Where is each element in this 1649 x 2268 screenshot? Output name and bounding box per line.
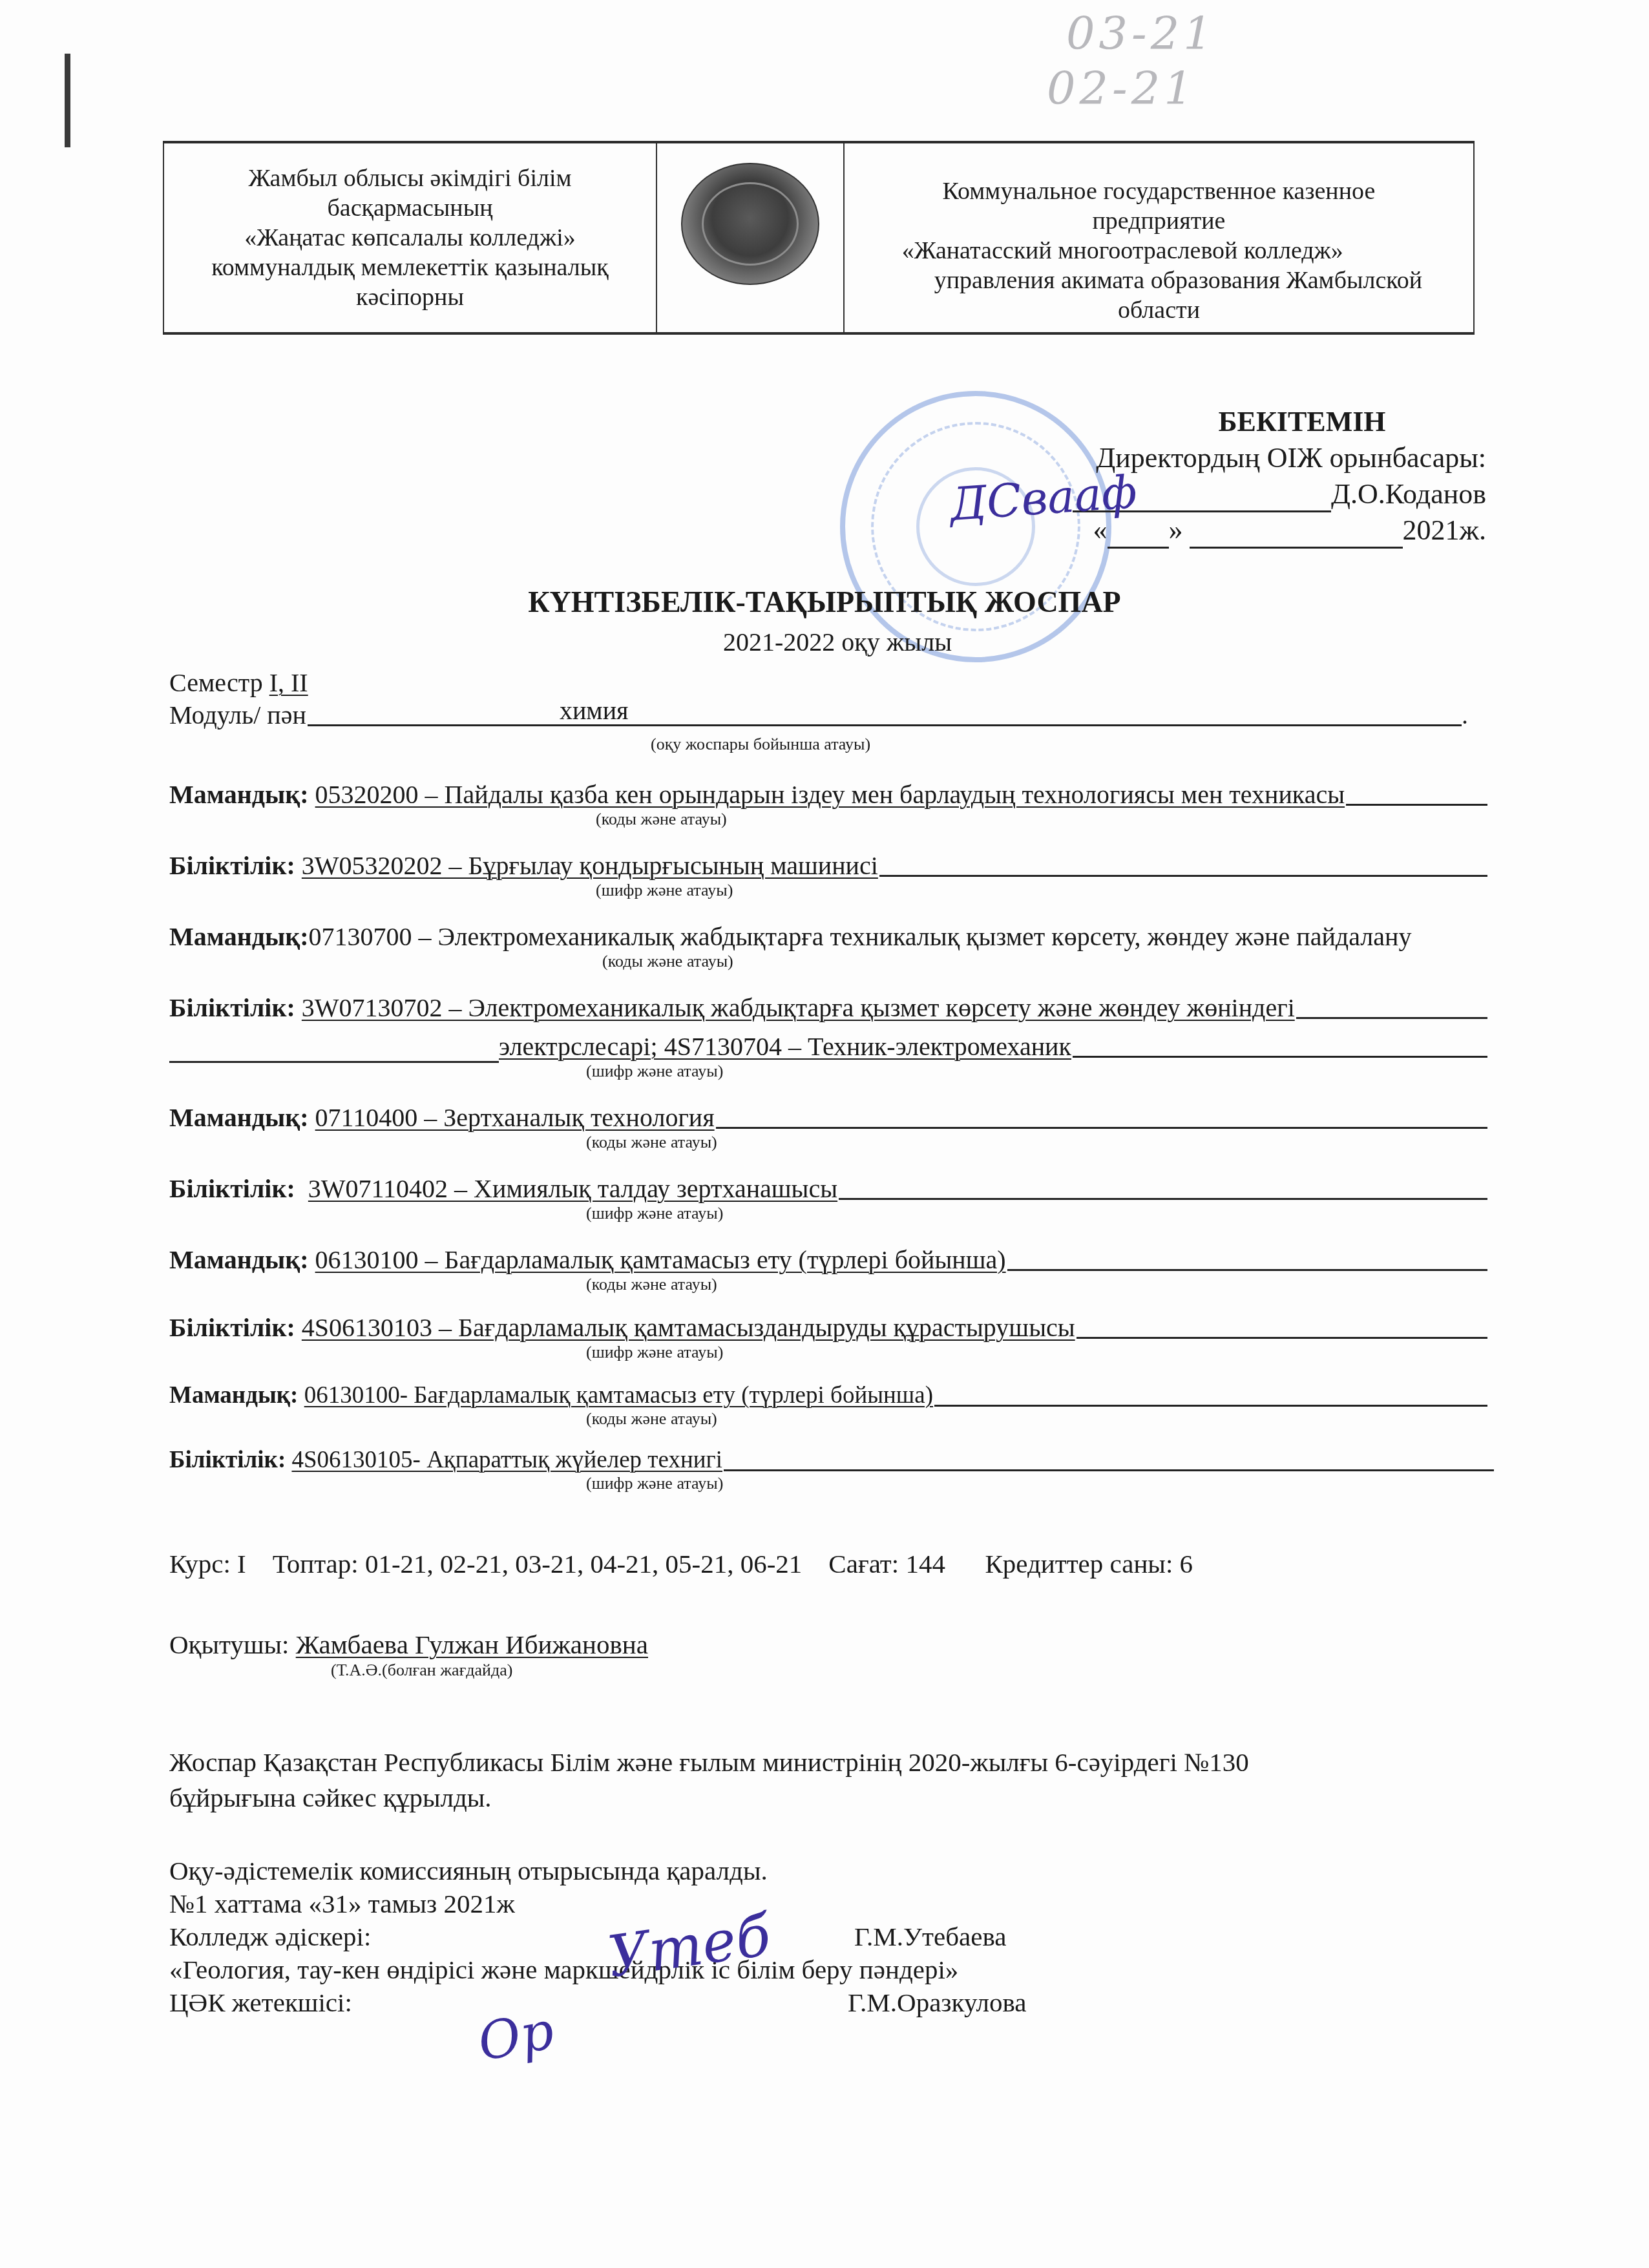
specialty-row: Мамандық: 07110400 – Зертханалық техноло…: [169, 1102, 1487, 1134]
specialty-label: Мамандық:: [169, 922, 309, 951]
legal-basis-line: Жоспар Қазақстан Республикасы Білім және…: [169, 1745, 1500, 1780]
letterhead-kazakh: Жамбыл облысы әкімдігі білім басқармасын…: [163, 143, 657, 332]
credits-value: Кредиттер саны: 6: [985, 1549, 1193, 1579]
fill-line: [716, 1127, 1487, 1129]
qualification-label: Біліктілік:: [169, 1173, 295, 1205]
letterhead-kk-line: коммуналдық мемлекеттік қазыналық: [211, 253, 609, 282]
specialty-label: Мамандық:: [169, 1244, 309, 1276]
letterhead-ru-line: Коммунальное государственное казенное: [896, 176, 1422, 206]
qualification-row: Біліктілік: 4S06130105- Ақпараттық жүйел…: [169, 1444, 1494, 1476]
field-hint: (шифр және атауы): [586, 1204, 723, 1223]
qualification-value: 4S06130105- Ақпараттық жүйелер технигі: [291, 1444, 722, 1476]
fill-line: [724, 1469, 1494, 1471]
commission-head-row: ЦӘК жетекшісі: Г.М.Оразкулова: [169, 1986, 1500, 2019]
course-value: Курс: I: [169, 1549, 246, 1579]
field-hint: (шифр және атауы): [596, 881, 733, 900]
field-hint: (шифр және атауы): [586, 1474, 723, 1493]
methodist-row: Колледж әдіскері: Г.М.Утебаева: [169, 1920, 1500, 1953]
binding-mark: [65, 54, 70, 147]
letterhead-kk-line: Жамбыл облысы әкімдігі білім: [211, 163, 609, 193]
specialty-value: 06130100- Бағдарламалық қамтамасыз ету (…: [304, 1380, 933, 1412]
field-hint: (коды және атауы): [602, 952, 733, 971]
field-hint: (коды және атауы): [586, 1133, 717, 1152]
field-hint: (коды және атауы): [586, 1275, 717, 1294]
letterhead-russian: Коммунальное государственное казенное пр…: [845, 143, 1475, 332]
legal-basis-line: бұйрығына сәйкес құрылды.: [169, 1780, 1500, 1816]
teacher-label: Оқытушы:: [169, 1630, 289, 1659]
specialty-value: 07130700 – Электромеханикалық жабдықтарғ…: [309, 922, 1412, 951]
qualification-label: Біліктілік:: [169, 992, 295, 1024]
fill-line: [1007, 1269, 1487, 1271]
letterhead-table: Жамбыл облысы әкімдігі білім басқармасын…: [163, 141, 1475, 335]
letterhead-emblem-cell: [657, 143, 845, 332]
fill-line: [839, 1198, 1487, 1200]
handwritten-line-1: 03-21: [1066, 6, 1325, 61]
methodist-label: Колледж әдіскері:: [169, 1922, 371, 1951]
commission-head-name: Г.М.Оразкулова: [848, 1986, 1027, 2019]
day-blank: [1108, 517, 1169, 549]
legal-basis: Жоспар Қазақстан Республикасы Білім және…: [169, 1745, 1500, 1816]
semester-label: Семестр: [169, 668, 263, 697]
letterhead-kk-line: кәсіпорны: [211, 282, 609, 312]
specialty-value: 05320200 – Пайдалы қазба кен орындарын і…: [315, 779, 1345, 811]
specialty-value: 07110400 – Зертханалық технология: [315, 1102, 715, 1134]
qualification-row-continued: электрслесарі; 4S7130704 – Техник-электр…: [169, 1031, 1487, 1063]
approval-year: 2021ж.: [1403, 512, 1486, 549]
specialty-row: Мамандық: 06130100 – Бағдарламалық қамта…: [169, 1244, 1487, 1276]
specialty-row: Мамандық:07130700 – Электромеханикалық ж…: [169, 921, 1487, 953]
groups-value: Топтар: 01-21, 02-21, 03-21, 04-21, 05-2…: [273, 1549, 803, 1579]
field-hint: (шифр және атауы): [586, 1062, 723, 1081]
module-label: Модуль/ пән: [169, 699, 306, 731]
review-block: Оқу-әдістемелік комиссияның отырысында қ…: [169, 1854, 1500, 2019]
field-hint: (коды және атауы): [596, 810, 727, 829]
qualification-value: 4S06130103 – Бағдарламалық қамтамасыздан…: [302, 1312, 1075, 1344]
qualification-row: Біліктілік: 3W07110402 – Химиялық талдау…: [169, 1173, 1487, 1205]
qualification-row: Біліктілік: 3W05320202 – Бұрғылау қондыр…: [169, 850, 1487, 882]
qualification-value-line2: электрслесарі; 4S7130704 – Техник-электр…: [499, 1031, 1071, 1063]
fill-line: [934, 1405, 1487, 1407]
methodist-name: Г.М.Утебаева: [854, 1920, 1006, 1953]
course-info-row: Курс: I Топтар: 01-21, 02-21, 03-21, 04-…: [169, 1548, 1487, 1580]
module-field: химия: [308, 724, 1462, 726]
specialty-label: Мамандық:: [169, 1102, 309, 1134]
fill-line: [1346, 804, 1487, 806]
letterhead-ru-line: управления акимата образования Жамбылско…: [896, 266, 1422, 295]
college-emblem-icon: [681, 163, 819, 285]
teacher-row: Оқытушы: Жамбаева Гулжан Ибижановна (Т.А…: [169, 1628, 1487, 1661]
specialty-label: Мамандық:: [169, 1380, 298, 1412]
fill-line: [1073, 1056, 1487, 1058]
qualification-label: Біліктілік:: [169, 850, 295, 882]
qualification-value: 3W07130702 – Электромеханикалық жабдықта…: [302, 992, 1295, 1024]
teacher-hint: (Т.А.Ә.(болған жағдайда): [331, 1661, 512, 1680]
commission-head-signature: Ор: [474, 2000, 558, 2073]
specialty-value: 06130100 – Бағдарламалық қамтамасыз ету …: [315, 1244, 1006, 1276]
module-hint: (оқу жоспары бойынша атауы): [651, 735, 870, 754]
module-end: .: [1462, 699, 1468, 731]
letterhead-kk-line: басқармасының: [211, 193, 609, 223]
letterhead-kk-line: «Жаңатас көпсалалы колледжі»: [211, 223, 609, 253]
qualification-row: Біліктілік: 3W07130702 – Электромеханика…: [169, 992, 1487, 1024]
approval-title: БЕКІТЕМІН: [989, 404, 1486, 440]
fill-line: [169, 1038, 499, 1063]
commission-head-label: ЦӘК жетекшісі:: [169, 1988, 352, 2017]
protocol-info: №1 хаттама «31» тамыз 2021ж: [169, 1887, 1500, 1920]
semester-row: Семестр I, II: [169, 667, 1487, 699]
qualification-row: Біліктілік: 4S06130103 – Бағдарламалық қ…: [169, 1312, 1487, 1344]
document-title: КҮНТІЗБЕЛІК-ТАҚЫРЫПТЫҚ ЖОСПАР: [0, 585, 1649, 619]
specialty-label: Мамандық:: [169, 779, 309, 811]
qualification-label: Біліктілік:: [169, 1444, 286, 1476]
handwritten-line-2: 02-21: [1047, 61, 1325, 116]
field-hint: (коды және атауы): [586, 1409, 717, 1429]
approver-name: Д.О.Коданов: [1331, 476, 1486, 512]
hours-value: Сағат: 144: [828, 1549, 945, 1579]
field-hint: (шифр және атауы): [586, 1343, 723, 1362]
date-quote-close: »: [1169, 512, 1183, 549]
qualification-value: 3W05320202 – Бұрғылау қондырғысының маши…: [302, 850, 878, 882]
teacher-name: Жамбаева Гулжан Ибижановна: [296, 1630, 648, 1659]
academic-year: 2021-2022 оқу жылы: [0, 627, 1649, 657]
qualification-label: Біліктілік:: [169, 1312, 295, 1344]
module-value: химия: [560, 695, 629, 727]
letterhead-ru-line: предприятие: [896, 206, 1422, 236]
semester-value: I, II: [269, 668, 308, 697]
module-row: Модуль/ пән химия . (оқу жоспары бойынша…: [169, 699, 1468, 731]
letterhead-ru-line: области: [896, 295, 1422, 325]
fill-line: [1077, 1337, 1487, 1339]
handwritten-group-note: 03-21 02-21: [1066, 6, 1325, 116]
specialty-row: Мамандық: 06130100- Бағдарламалық қамтам…: [169, 1380, 1487, 1412]
month-blank: [1190, 517, 1403, 549]
review-statement: Оқу-әдістемелік комиссияның отырысында қ…: [169, 1854, 1500, 1887]
fill-line: [1296, 1017, 1487, 1019]
qualification-value: 3W07110402 – Химиялық талдау зертханашыс…: [308, 1173, 837, 1205]
fill-line: [879, 875, 1487, 877]
letterhead-ru-line: «Жанатасский многоотраслевой колледж»: [896, 236, 1422, 266]
commission-name: «Геология, тау-кен өндірісі және маркшей…: [169, 1953, 1500, 1986]
specialty-row: Мамандық: 05320200 – Пайдалы қазба кен о…: [169, 779, 1487, 811]
